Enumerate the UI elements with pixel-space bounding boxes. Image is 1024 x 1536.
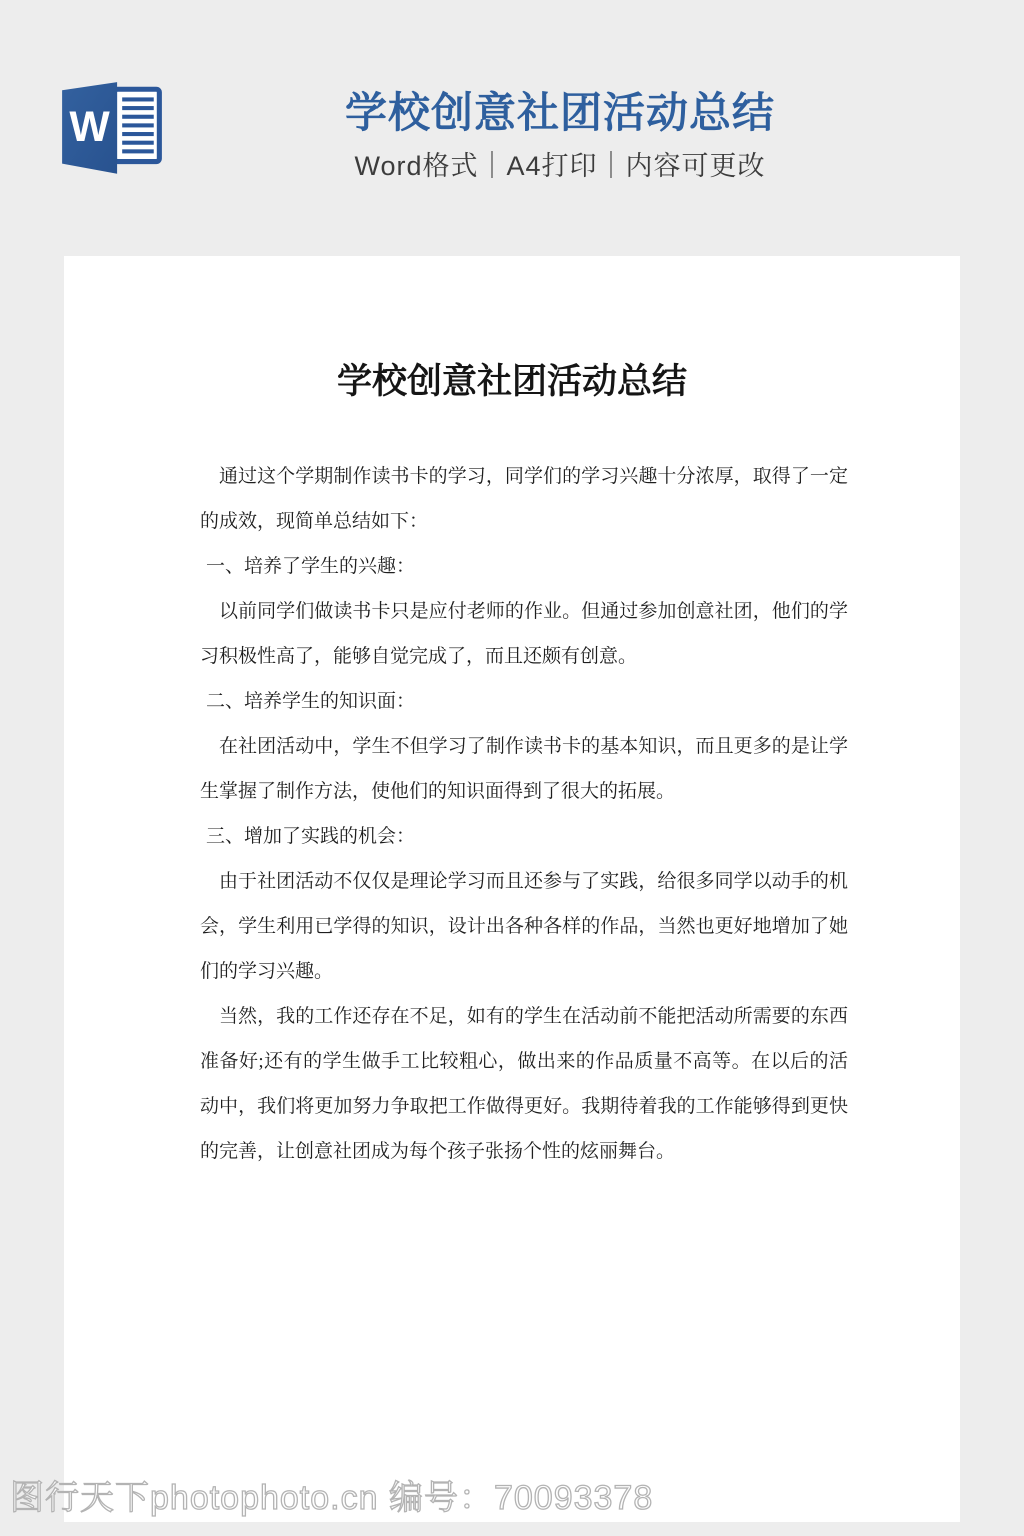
body-paragraph: 在社团活动中，学生不但学习了制作读书卡的基本知识，而且更多的是让学生掌握了制作方… [200, 724, 848, 814]
word-letter: W [69, 103, 110, 151]
template-subtitle: Word格式｜A4打印｜内容可更改 [180, 150, 940, 182]
header: W 学校创意社团活动总结 Word格式｜A4打印｜内容可更改 [0, 0, 1024, 256]
section-heading: 三、增加了实践的机会： [200, 814, 848, 859]
section-heading: 二、培养学生的知识面： [200, 679, 848, 724]
body-paragraph: 当然，我的工作还存在不足，如有的学生在活动前不能把活动所需要的东西准备好;还有的… [200, 994, 848, 1174]
header-text: 学校创意社团活动总结 Word格式｜A4打印｜内容可更改 [180, 88, 940, 183]
watermark-text: 图行天下photophoto.cn 编号：70093378 [10, 1478, 653, 1519]
body-paragraph: 通过这个学期制作读书卡的学习，同学们的学习兴趣十分浓厚，取得了一定的成效，现简单… [200, 454, 848, 544]
body-paragraph: 由于社团活动不仅仅是理论学习而且还参与了实践，给很多同学以动手的机会，学生利用已… [200, 859, 848, 994]
document-title: 学校创意社团活动总结 [64, 362, 960, 402]
section-heading: 一、培养了学生的兴趣： [200, 544, 848, 589]
document-page: 学校创意社团活动总结 通过这个学期制作读书卡的学习，同学们的学习兴趣十分浓厚，取… [64, 256, 960, 1522]
body-paragraph: 以前同学们做读书卡只是应付老师的作业。但通过参加创意社团，他们的学习积极性高了，… [200, 589, 848, 679]
template-title: 学校创意社团活动总结 [180, 88, 940, 138]
document-body: 通过这个学期制作读书卡的学习，同学们的学习兴趣十分浓厚，取得了一定的成效，现简单… [200, 454, 848, 1174]
word-logo-icon: W [56, 80, 168, 182]
